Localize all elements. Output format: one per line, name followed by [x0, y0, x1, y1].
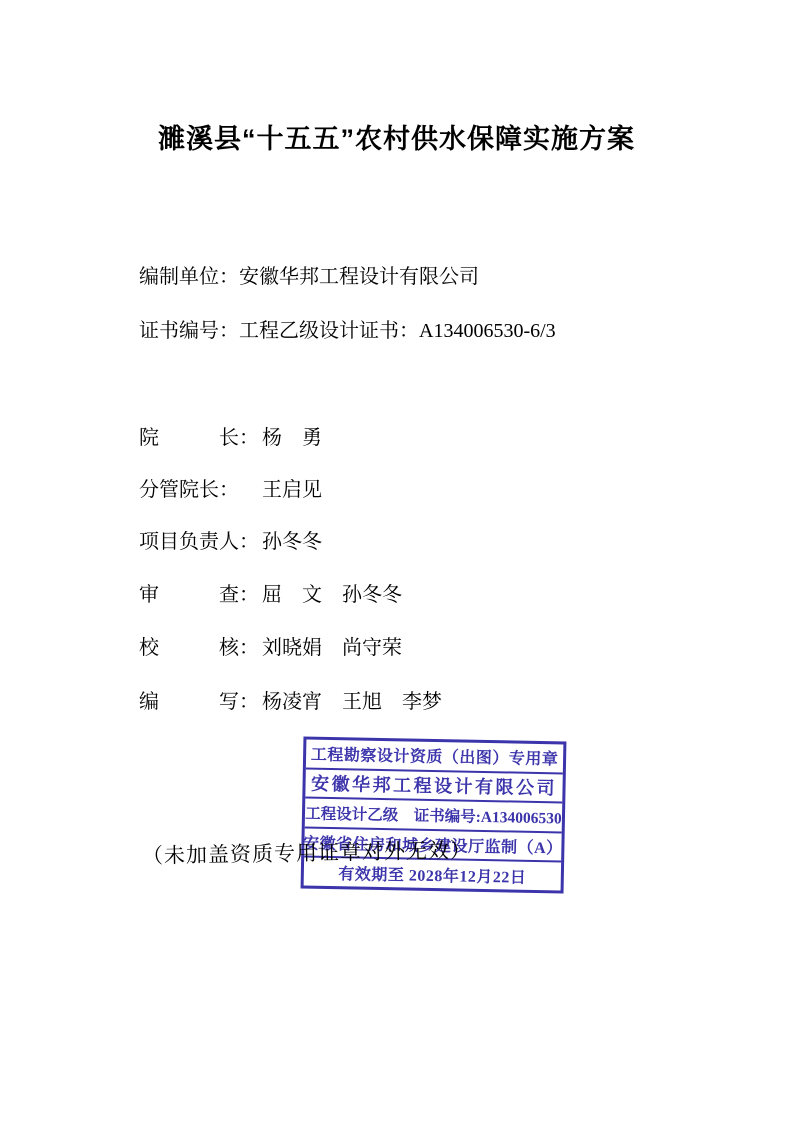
- staff-label: 编 写：: [139, 689, 262, 715]
- compiler-label: 编制单位：: [139, 264, 239, 290]
- staff-row-proofreader: 校 核：刘晓娟 尚守荣: [139, 635, 402, 661]
- document-title: 濉溪县“十五五”农村供水保障实施方案: [0, 121, 793, 157]
- qualification-stamp: 工程勘察设计资质（出图）专用章 安徽华邦工程设计有限公司 工程设计乙级 证书编号…: [301, 736, 567, 893]
- staff-names: 杨凌宵 王旭 李梦: [262, 691, 442, 713]
- staff-label: 分管院长：: [139, 477, 262, 503]
- staff-row-reviewer: 审 查：屈 文 孙冬冬: [139, 582, 402, 608]
- staff-row-director: 院 长：杨 勇: [139, 425, 322, 451]
- staff-names: 屈 文 孙冬冬: [262, 584, 402, 606]
- stamp-line-valid-until: 有效期至 2028年12月22日: [304, 856, 562, 891]
- certificate-row: 证书编号：工程乙级设计证书：A134006530-6/3: [139, 318, 556, 344]
- compiler-value: 安徽华邦工程设计有限公司: [239, 266, 479, 288]
- stamp-line-issuing-authority: 安徽省住房和城乡建设厅监制（A）: [304, 826, 562, 861]
- staff-label: 院 长：: [139, 425, 262, 451]
- staff-row-project-leader: 项目负责人：孙冬冬: [139, 529, 322, 555]
- staff-names: 刘晓娟 尚守荣: [262, 637, 402, 659]
- certificate-label: 证书编号：: [139, 318, 239, 344]
- staff-row-deputy-director: 分管院长：王启见: [139, 477, 322, 503]
- staff-names: 王启见: [262, 479, 322, 501]
- staff-label: 校 核：: [139, 635, 262, 661]
- compiler-row: 编制单位：安徽华邦工程设计有限公司: [139, 264, 479, 290]
- staff-label: 审 查：: [139, 582, 262, 608]
- staff-row-writers: 编 写：杨凌宵 王旭 李梦: [139, 689, 442, 715]
- staff-names: 孙冬冬: [262, 531, 322, 553]
- certificate-value: 工程乙级设计证书：A134006530-6/3: [239, 320, 556, 342]
- staff-label: 项目负责人：: [139, 529, 262, 555]
- document-page: 濉溪县“十五五”农村供水保障实施方案 编制单位：安徽华邦工程设计有限公司 证书编…: [0, 0, 793, 1122]
- staff-names: 杨 勇: [262, 427, 322, 449]
